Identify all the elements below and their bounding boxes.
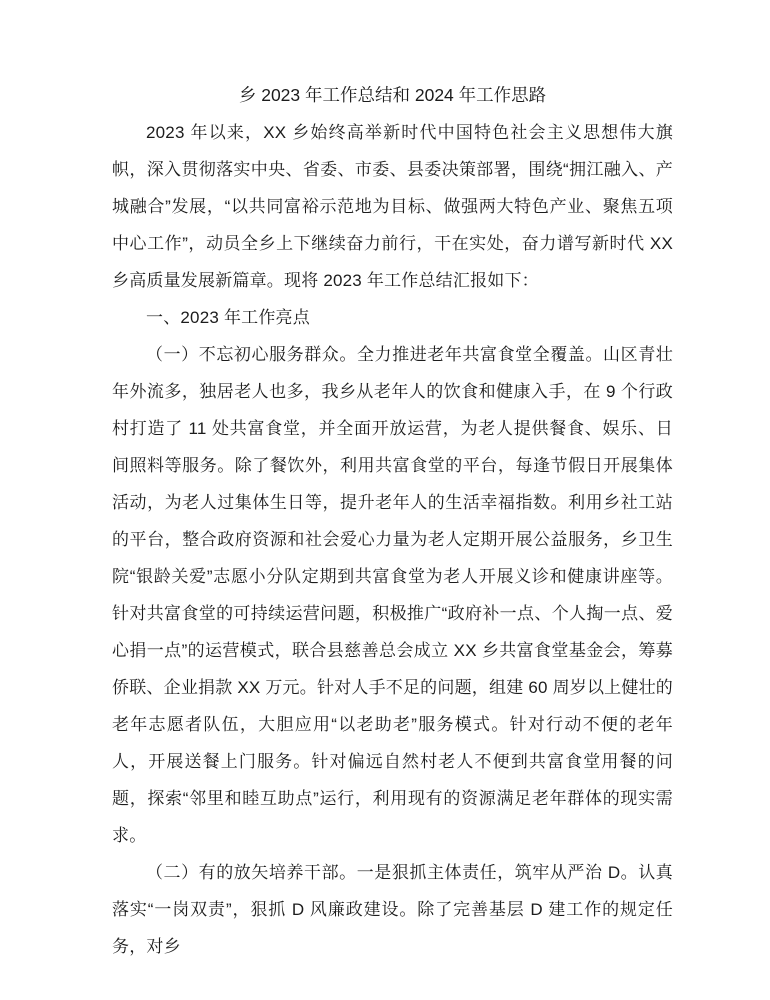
document-title: 乡 2023 年工作总结和 2024 年工作思路 bbox=[112, 77, 673, 114]
paragraph-serve-the-people: （一）不忘初心服务群众。全力推进老年共富食堂全覆盖。山区青壮年外流多，独居老人也… bbox=[112, 336, 673, 854]
document-page: 乡 2023 年工作总结和 2024 年工作思路 2023 年以来，XX 乡始终… bbox=[0, 0, 770, 1000]
paragraph-intro: 2023 年以来，XX 乡始终高举新时代中国特色社会主义思想伟大旗帜，深入贯彻落… bbox=[112, 114, 673, 299]
paragraph-cadre-training: （二）有的放矢培养干部。一是狠抓主体责任，筑牢从严治 D。认真落实“一岗双责”，… bbox=[112, 854, 673, 965]
section-heading-2023-highlights: 一、2023 年工作亮点 bbox=[112, 299, 673, 336]
